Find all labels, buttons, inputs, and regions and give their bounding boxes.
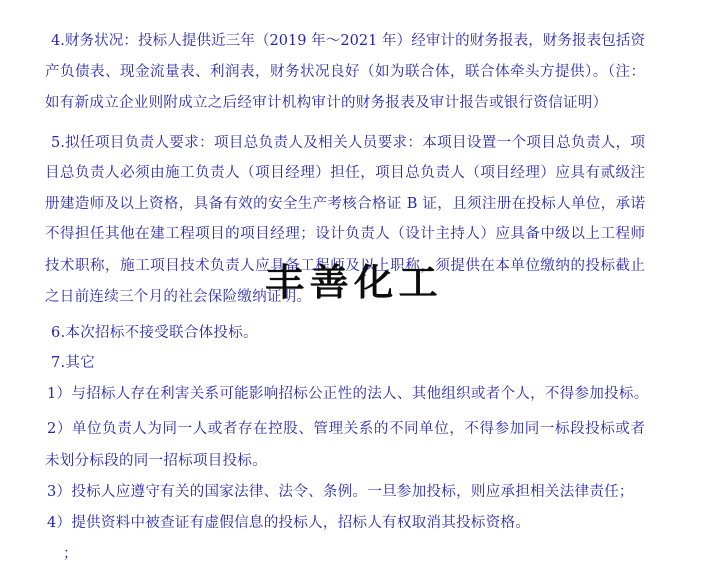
text-line-trailing-semicolon-0: ；	[63, 544, 78, 564]
text-line-item-7-2-1: 未划分标段的同一招标项目投标。	[45, 451, 267, 471]
text-line-item-4-financial-status-2: 如有新成立企业则附成立之后经审计机构审计的财务报表及审计报告或银行资信证明）	[45, 93, 607, 113]
text-line-item-4-financial-status-1: 产负债表、现金流量表、利润表，财务状况良好（如为联合体，联合体牵头方提供）。（注…	[45, 62, 645, 82]
text-line-item-5-project-leader-requirements-3: 不得担任其他在建工程项目的项目经理；设计负责人（设计主持人）应具备中级以上工程师	[45, 224, 645, 244]
document-page: 丰善化工 4.财务状况：投标人提供近三年（2019 年～2021 年）经审计的财…	[0, 0, 703, 567]
text-line-item-5-project-leader-requirements-1: 目总负责人必须由施工负责人（项目经理）担任，项目总负责人（项目经理）应具有贰级注	[45, 163, 645, 183]
text-line-item-5-project-leader-requirements-0: 5.拟任项目负责人要求：项目总负责人及相关人员要求：本项目设置一个项目总负责人，…	[51, 133, 645, 153]
text-line-item-6-no-consortium-0: 6.本次招标不接受联合体投标。	[51, 323, 258, 343]
text-line-item-7-3-0: 3）投标人应遵守有关的国家法律、法令、条例。一旦参加投标，则应承担相关法律责任；	[47, 482, 634, 502]
text-line-item-5-project-leader-requirements-2: 册建造师及以上资格，具备有效的安全生产考核合格证 B 证，且须注册在投标人单位，…	[45, 194, 645, 214]
text-line-item-7-4-0: 4）提供资料中被查证有虚假信息的投标人，招标人有权取消其投标资格。	[47, 513, 530, 533]
text-line-item-7-1-0: 1）与招标人存在利害关系可能影响招标公正性的法人、其他组织或者个人，不得参加投标…	[47, 384, 649, 404]
text-line-item-7-2-0: 2）单位负责人为同一人或者存在控股、管理关系的不同单位，不得参加同一标段投标或者	[47, 419, 645, 439]
text-line-item-7-others-heading-0: 7.其它	[51, 353, 95, 373]
watermark-text: 丰善化工	[265, 264, 443, 301]
text-line-item-4-financial-status-0: 4.财务状况：投标人提供近三年（2019 年～2021 年）经审计的财务报表，财…	[51, 31, 645, 51]
